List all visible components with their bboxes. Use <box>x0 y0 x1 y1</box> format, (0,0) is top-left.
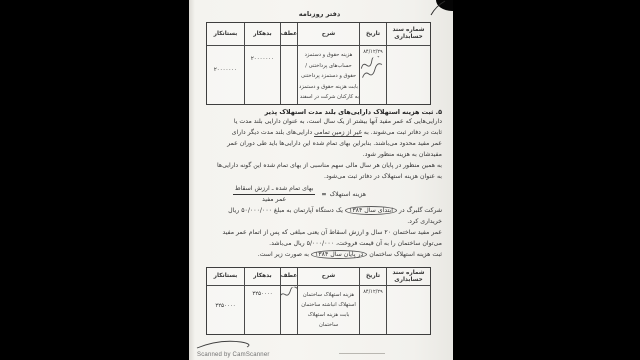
paragraph-line: مفیدشان به هزینه منظور شود. <box>197 150 442 161</box>
cell-date: ۸۴/۱۲/۲۹ <box>359 286 386 334</box>
description-line: به کارکنان شرکت در اسفند ماه <box>298 92 359 103</box>
cell-ref <box>280 46 297 104</box>
formula-denominator: عمر مفید <box>233 195 316 204</box>
cell-description: هزینه حقوق و دستمزد حساب‌های پرداختنی / … <box>297 46 359 104</box>
header-debit: بدهکار <box>244 23 280 46</box>
paragraph-line: عمر مفید محدود می‌باشند. بنابراین بهای ت… <box>197 139 442 150</box>
description-line: هزینه حقوق و دستمزد <box>298 50 359 61</box>
cell-date: ۸۴/۱۲/۲۹ <box>359 46 386 104</box>
cell-debit: ۲۰۰۰۰۰۰۰ <box>244 46 280 104</box>
header-ref: عطف <box>280 23 297 46</box>
description-line: ساختمان <box>298 320 359 330</box>
cell-description: هزینه استهلاک ساختمان استهلاک انباشته سا… <box>297 286 359 334</box>
header-credit: بستانکار <box>207 23 244 46</box>
journal-table-payroll: شماره سند حسابداری تاریخ شرح عطف بدهکار … <box>206 22 431 105</box>
entry-date: ۸۴/۱۲/۲۹ <box>360 286 386 295</box>
cell-doc-no <box>386 46 430 104</box>
equals-sign: = <box>321 191 326 198</box>
paragraph-line: می‌توان ساختمان را به آن قیمت فروخت، ۵/۰… <box>197 239 442 250</box>
paragraph-line: دارایی‌هایی که عمر مفید آنها بیشتر از یک… <box>197 117 442 128</box>
header-ref: عطف <box>280 268 297 286</box>
description-line: حساب‌های پرداختنی / <box>298 61 359 72</box>
journal-title: دفتر روزنامه <box>208 10 431 18</box>
header-doc-no: شماره سند حسابداری <box>386 268 430 286</box>
debit-amount: ۲۰۰۰۰۰۰۰ <box>245 46 280 62</box>
pen-squiggle <box>195 337 259 351</box>
credit-amount: ۲۰۰۰۰۰۰۰ <box>207 46 244 73</box>
paragraph-line: عمر مفید ساختمان ۲۰ سال و ارزش اسقاط آن … <box>197 228 442 239</box>
credit-amount: ۲۲۵۰۰۰۰ <box>207 286 244 309</box>
header-description: شرح <box>297 23 359 46</box>
formula-numerator: بهای تمام شده ـ ارزش اسقاط <box>233 185 316 195</box>
description-line: بابت هزینه حقوق و دستمزد <box>298 82 359 93</box>
entry-date: ۸۴/۱۲/۲۹ <box>360 46 386 55</box>
underlined-phrase: غیر از زمین تمامی <box>314 129 362 137</box>
debit-amount: ۲۲۵۰۰۰۰ <box>245 286 280 297</box>
paragraph-line: به عنوان هزینه استهلاک در دفاتر ثبت می‌ش… <box>197 172 442 183</box>
description-line: بابت هزینه استهلاک <box>298 310 359 320</box>
lesson-text: ۵. ثبت هزینه استهلاک دارایی‌های بلند مدت… <box>197 108 442 261</box>
paragraph-line: به همین منظور در پایان هر سال مالی سهم م… <box>197 161 442 172</box>
header-debit: بدهکار <box>244 268 280 286</box>
description-line: استهلاک انباشته ساختمان <box>298 300 359 310</box>
header-description: شرح <box>297 268 359 286</box>
cell-debit: ۲۲۵۰۰۰۰ <box>244 286 280 334</box>
handwritten-note <box>359 55 386 84</box>
scanned-document-page: دفتر روزنامه شماره سند حسابداری تاریخ شر… <box>189 0 453 360</box>
scanner-credit: Scanned by CamScanner <box>197 352 270 358</box>
header-date: تاریخ <box>359 23 386 46</box>
cell-credit: ۲۰۰۰۰۰۰۰ <box>207 46 244 104</box>
paragraph-line: ثبت هزینه استهلاک ساختمان در پایان سال ۱… <box>197 250 442 261</box>
paragraph-line: خریداری کرد. <box>197 217 442 228</box>
cell-credit: ۲۲۵۰۰۰۰ <box>207 286 244 334</box>
cell-ref <box>280 286 297 334</box>
paragraph-line: شرکت گلبرگ در ابتدای سال ۱۳۸۴ یک دستگاه … <box>197 206 442 217</box>
header-credit: بستانکار <box>207 268 244 286</box>
formula-fraction: بهای تمام شده ـ ارزش اسقاط عمر مفید <box>233 185 316 204</box>
paragraph-line: ثابت در دفاتر ثبت می‌شوند. به غیر از زمی… <box>197 128 442 139</box>
header-date: تاریخ <box>359 268 386 286</box>
description-line: حقوق و دستمزد پرداختنی <box>298 71 359 82</box>
pen-circled-phrase: در پایان سال ۱۳۸۴ <box>311 250 367 259</box>
section-heading: ۵. ثبت هزینه استهلاک دارایی‌های بلند مدت… <box>197 108 442 117</box>
description-line: هزینه استهلاک ساختمان <box>298 290 359 300</box>
journal-table-depreciation: شماره سند حسابداری تاریخ شرح عطف بدهکار … <box>206 267 431 335</box>
handwritten-note <box>280 286 297 302</box>
header-doc-no: شماره سند حسابداری <box>386 23 430 46</box>
letterbox-background: دفتر روزنامه شماره سند حسابداری تاریخ شر… <box>0 0 640 360</box>
depreciation-formula: هزینه استهلاک = بهای تمام شده ـ ارزش اسق… <box>197 184 442 205</box>
scan-smudge-line <box>339 353 385 354</box>
pen-circled-phrase: ابتدای سال ۱۳۸۴ <box>345 206 397 215</box>
cell-doc-no <box>386 286 430 334</box>
formula-result: هزینه استهلاک <box>330 191 366 198</box>
